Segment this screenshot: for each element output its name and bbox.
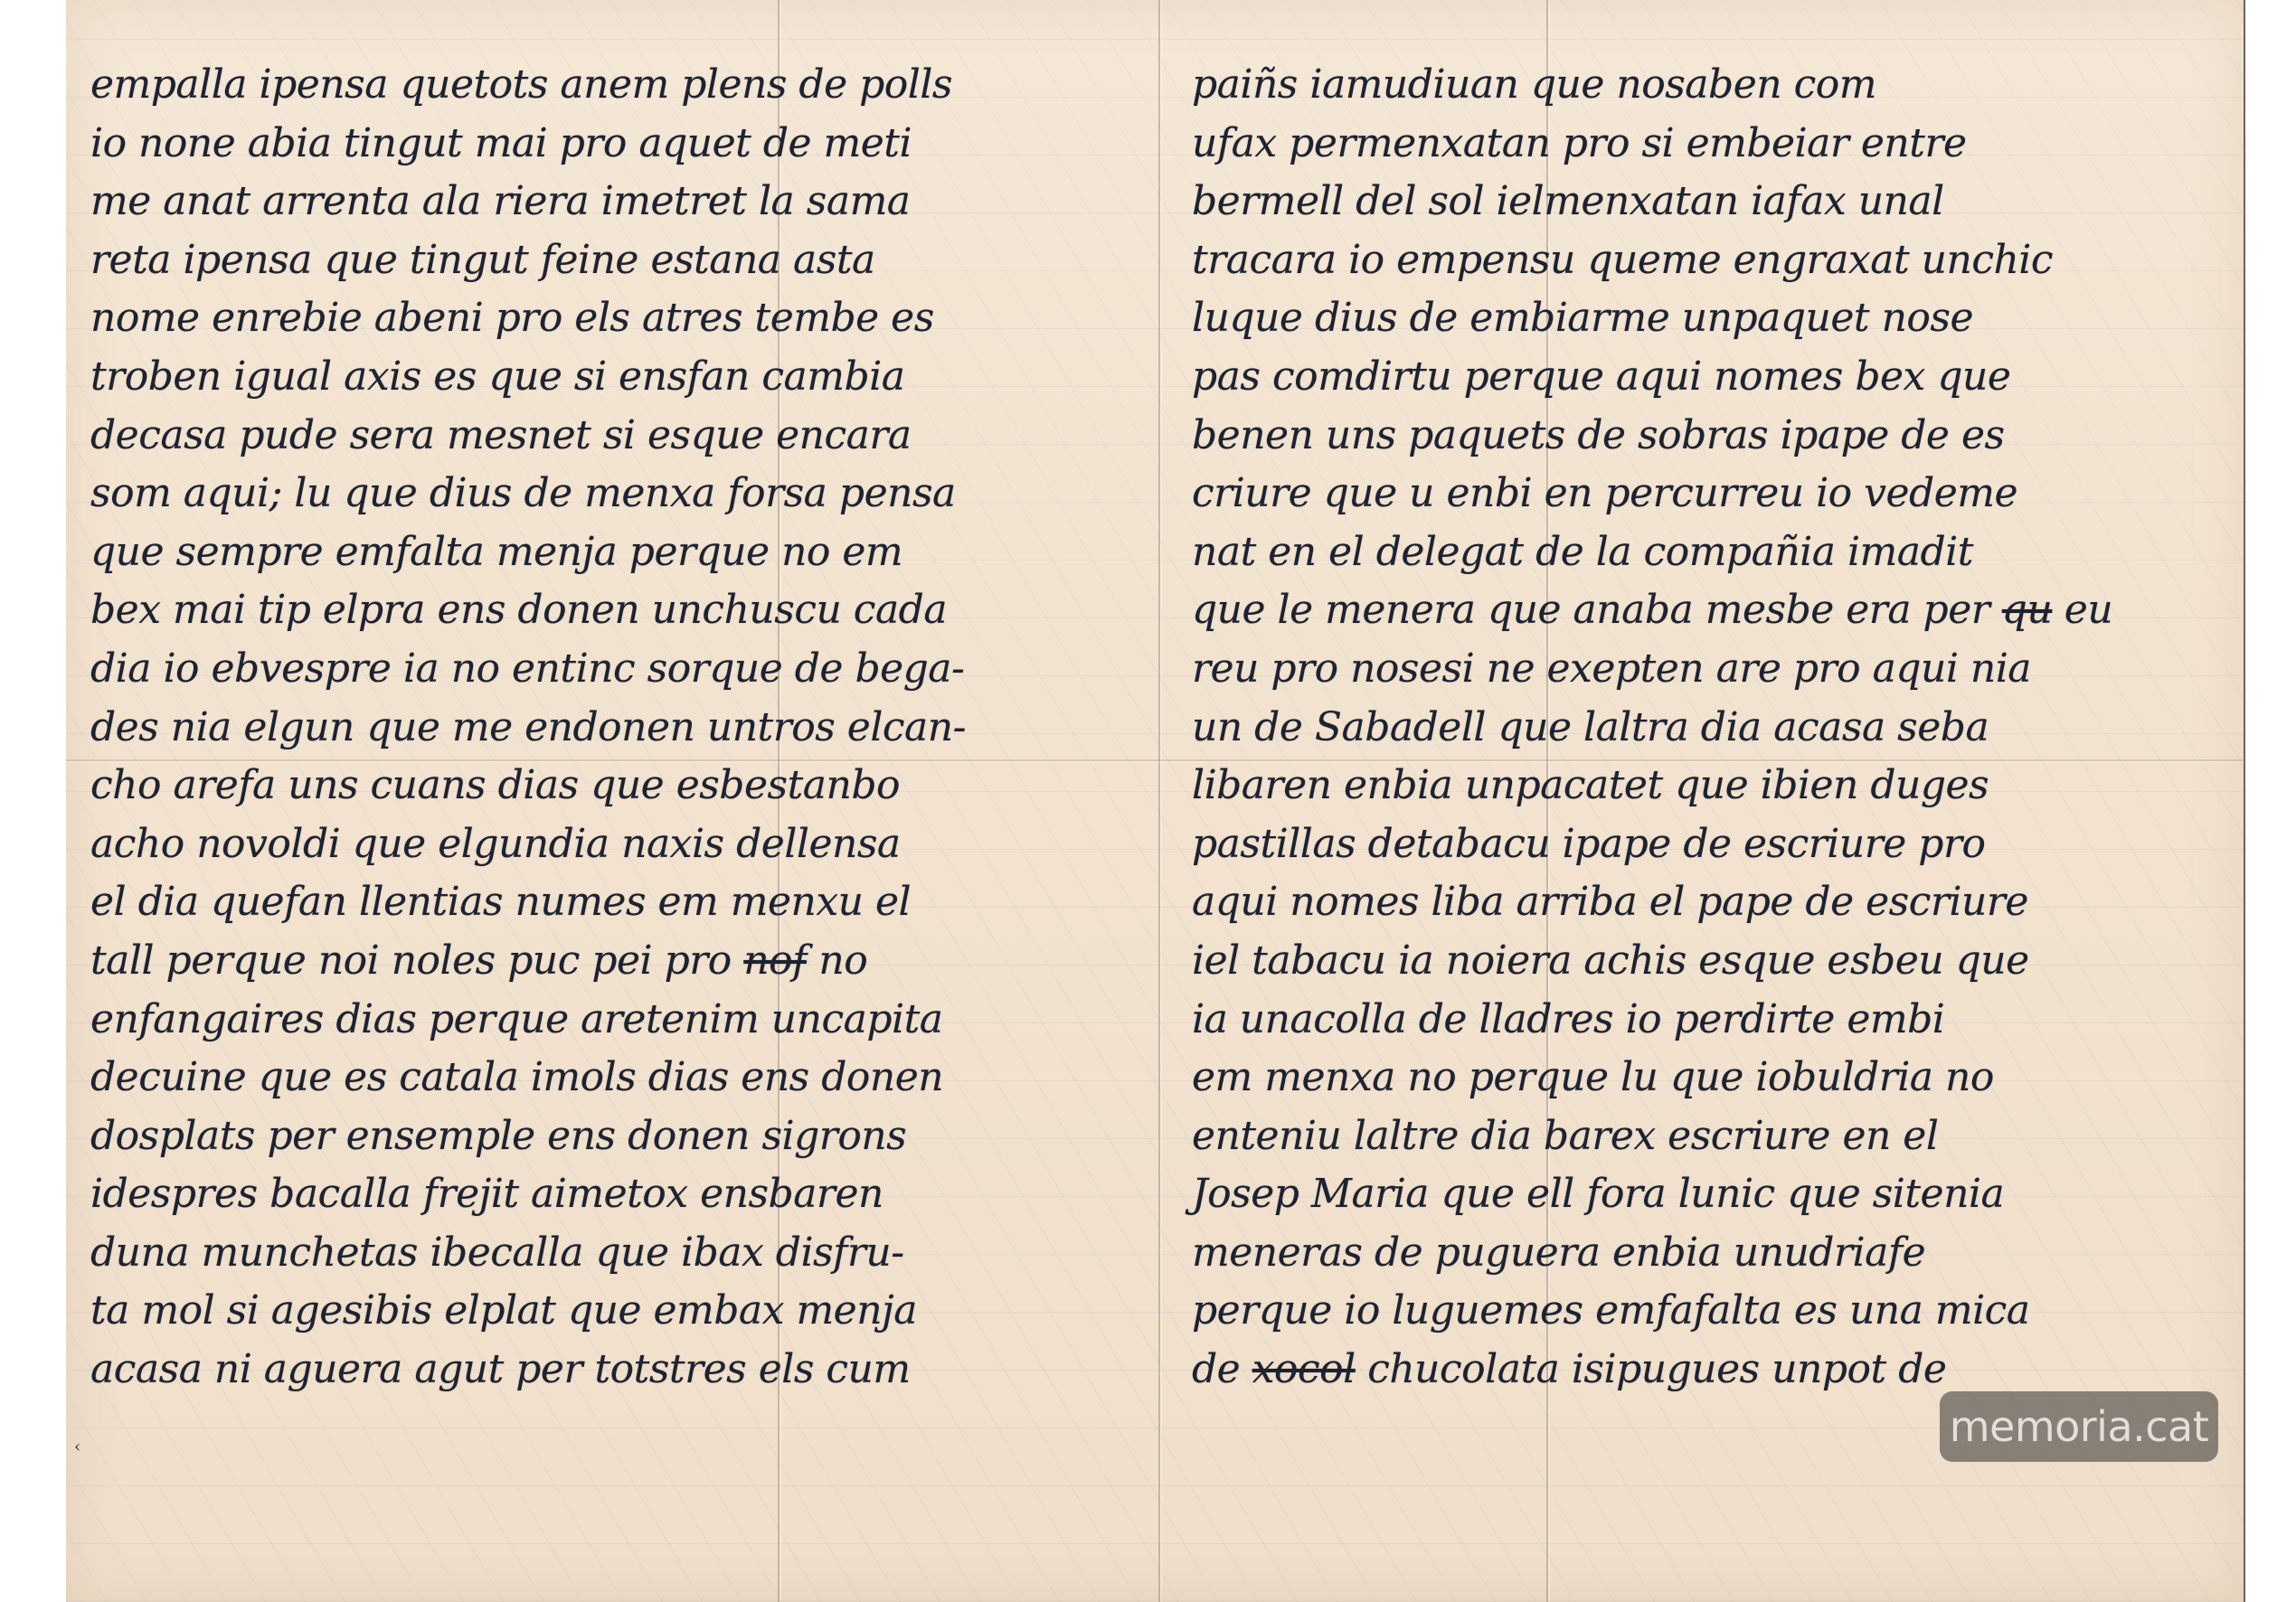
handwritten-line: nome enrebie abeni pro els atres tembe e… [90,289,1162,348]
handwritten-line: pas comdirtu perque aqui nomes bex que [1192,348,2241,407]
handwritten-line: ufax permenxatan pro si embeiar entre [1192,115,2241,174]
handwritten-line: que sempre emfalta menja perque no em [90,523,1162,582]
handwritten-line: iel tabacu ia noiera achis esque esbeu q… [1192,932,2241,991]
handwritten-line: acasa ni aguera agut per totstres els cu… [90,1341,1162,1399]
handwritten-line: idespres bacalla frejit aimetox ensbaren [90,1165,1162,1224]
handwritten-line: me anat arrenta ala riera imetret la sam… [90,173,1162,231]
watermark-badge: memoria.cat [1940,1391,2218,1462]
handwritten-line: troben igual axis es que si ensfan cambi… [90,348,1162,407]
handwritten-line: bermell del sol ielmenxatan iafax unal [1192,173,2241,231]
handwritten-line: cho arefa uns cuans dias que esbestanbo [90,757,1162,815]
ink-blot-mark: ‹ [74,1443,83,1452]
right-column-text: paiñs iamudiuan que nosaben com ufax per… [1192,56,2241,1399]
handwritten-line: des nia elgun que me endonen untros elca… [90,699,1162,758]
handwritten-line: enteniu laltre dia barex escriure en el [1192,1107,2241,1166]
handwritten-line-with-strikethrough: que le menera que anaba mesbe era per qu… [1192,581,2241,640]
handwritten-line: el dia quefan llentias numes em menxu el [90,873,1162,932]
handwritten-line-with-strikethrough: tall perque noi noles puc pei pro nof no [90,932,1162,991]
struck-word: nof [743,938,807,984]
struck-word: xocol [1252,1346,1356,1392]
handwritten-line: enfangaires dias perque aretenim uncapit… [90,991,1162,1050]
handwritten-line: som aqui; lu que dius de menxa forsa pen… [90,465,1162,523]
handwritten-line: nat en el delegat de la compañia imadit [1192,523,2241,582]
handwritten-line: meneras de puguera enbia unudriafe [1192,1224,2241,1283]
handwritten-line: reu pro nosesi ne exepten are pro aqui n… [1192,640,2241,699]
handwritten-line: un de Sabadell que laltra dia acasa seba [1192,699,2241,758]
handwritten-line: perque io luguemes emfafalta es una mica [1192,1282,2241,1341]
handwritten-line: reta ipensa que tingut feine estana asta [90,231,1162,290]
handwritten-line: acho novoldi que elgundia naxis dellensa [90,815,1162,874]
handwritten-line: tracara io empensu queme engraxat unchic [1192,231,2241,290]
handwritten-line: criure que u enbi en percurreu io vedeme [1192,465,2241,523]
handwritten-line: luque dius de embiarme unpaquet nose [1192,289,2241,348]
handwritten-line: dia io ebvespre ia no entinc sorque de b… [90,640,1162,699]
handwritten-line: paiñs iamudiuan que nosaben com [1192,56,2241,115]
handwritten-line: ta mol si agesibis elplat que embax menj… [90,1282,1162,1341]
handwritten-line: duna munchetas ibecalla que ibax disfru- [90,1224,1162,1283]
handwritten-line: decasa pude sera mesnet si esque encara [90,407,1162,466]
handwritten-line: empalla ipensa quetots anem plens de pol… [90,56,1162,115]
handwritten-line: libaren enbia unpacatet que ibien duges [1192,757,2241,815]
left-column-text: empalla ipensa quetots anem plens de pol… [90,56,1162,1399]
handwritten-line: ia unacolla de lladres io perdirte embi [1192,991,2241,1050]
handwritten-line: bex mai tip elpra ens donen unchuscu cad… [90,581,1162,640]
handwritten-line: io none abia tingut mai pro aquet de met… [90,115,1162,174]
handwritten-line: benen uns paquets de sobras ipape de es [1192,407,2241,466]
handwritten-line: decuine que es catala imols dias ens don… [90,1049,1162,1107]
handwritten-line: dosplats per ensemple ens donen sigrons [90,1107,1162,1166]
handwritten-line-with-strikethrough: de xocol chucolata isipugues unpot de [1192,1341,2241,1399]
handwritten-line: Josep Maria que ell fora lunic que siten… [1192,1165,2241,1224]
struck-word: qu [2002,587,2053,633]
watermark-text: memoria.cat [1950,1402,2209,1451]
handwritten-line: pastillas detabacu ipape de escriure pro [1192,815,2241,874]
handwritten-line: em menxa no perque lu que iobuldria no [1192,1049,2241,1107]
handwritten-line: aqui nomes liba arriba el pape de escriu… [1192,873,2241,932]
